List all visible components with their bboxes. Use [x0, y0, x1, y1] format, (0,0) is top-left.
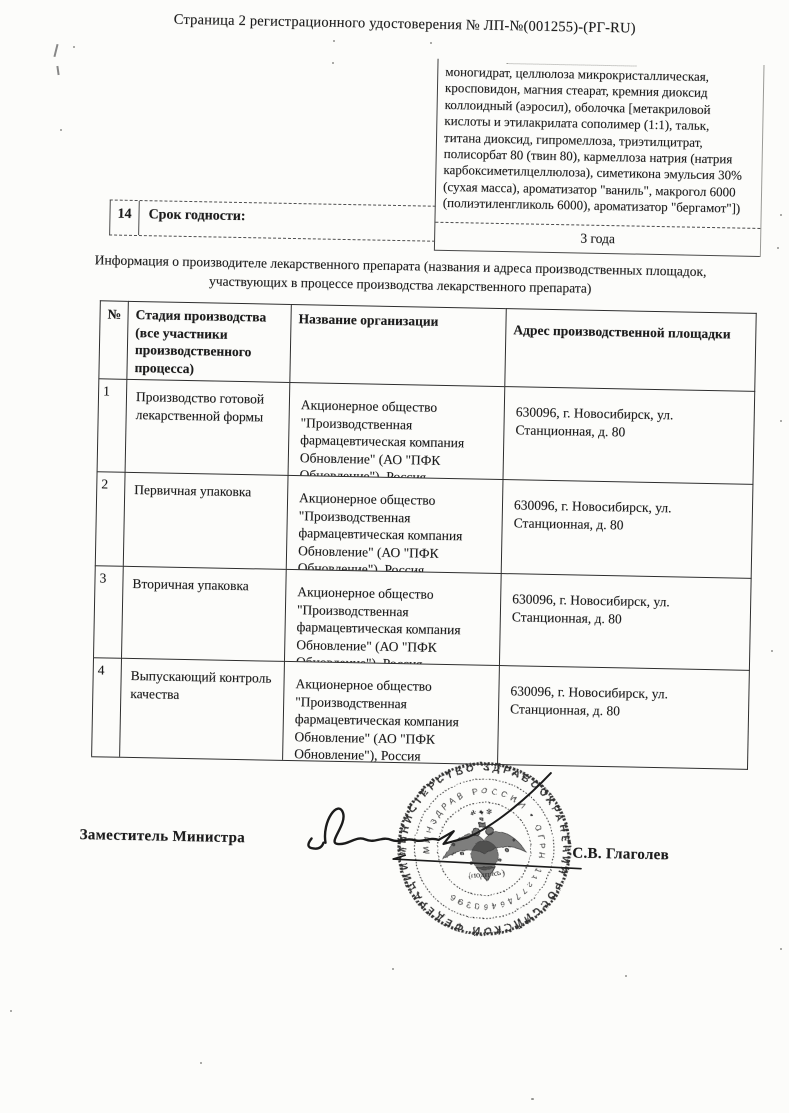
- continuation-table: моногидрат, целлюлоза микрокристаллическ…: [109, 52, 765, 256]
- row-stage: Выпускающий контроль качества: [119, 658, 284, 760]
- manufacturer-table: № Стадия производства (все участники про…: [91, 300, 757, 770]
- scan-speck: [392, 968, 394, 970]
- scan-speck: [333, 40, 335, 42]
- scan-speck: [445, 140, 447, 143]
- row-number: 14: [110, 200, 140, 235]
- row-org: Акционерное общество "Производственная ф…: [288, 382, 505, 479]
- signature: [297, 750, 599, 886]
- row-stage: Вторичная упаковка: [121, 566, 286, 661]
- scan-speck: [73, 46, 75, 48]
- row-num: 4: [91, 657, 121, 757]
- scan-speck: [10, 1010, 12, 1012]
- row-address: 630096, г. Новосибирск, ул. Станционная,…: [503, 386, 756, 484]
- col-header-address: Адрес производственной площадки: [504, 308, 756, 391]
- composition-cell: моногидрат, целлюлоза микрокристаллическ…: [434, 59, 765, 257]
- row-stage: Первичная упаковка: [123, 472, 288, 569]
- col-header-stage: Стадия производства (все участники произ…: [126, 301, 290, 382]
- manufacturer-info-intro: Информация о производителе лекарственног…: [45, 249, 756, 301]
- shelf-life-label: Срок годности:: [139, 201, 254, 237]
- scan-speck: [531, 1098, 534, 1100]
- scan-speck: [780, 420, 782, 422]
- row-org: Акционерное общество "Производственная ф…: [282, 661, 499, 764]
- scan-speck: [777, 247, 779, 249]
- row-address: 630096, г. Новосибирск, ул. Станционная,…: [499, 573, 752, 670]
- col-header-num: №: [98, 300, 127, 379]
- composition-text: моногидрат, целлюлоза микрокристаллическ…: [436, 59, 764, 218]
- page-header: Страница 2 регистрационного удостоверени…: [10, 9, 789, 41]
- row-num: 2: [95, 471, 125, 566]
- scan-speck: [780, 214, 782, 216]
- scan-speck: [625, 975, 627, 977]
- signer-title: Заместитель Министра: [79, 827, 245, 847]
- row-num: 1: [97, 378, 127, 472]
- signature-ink: [308, 768, 583, 868]
- row-org: Акционерное общество "Производственная ф…: [286, 475, 503, 573]
- scanned-page: Страница 2 регистрационного удостоверени…: [0, 0, 789, 1113]
- row-stage: Производство готовой лекарственной формы: [125, 379, 290, 475]
- col-header-org: Название организации: [289, 304, 505, 386]
- scan-speck: [200, 1062, 202, 1064]
- shelf-life-value: 3 года: [435, 222, 760, 257]
- shelf-life-row: 14 Срок годности:: [109, 199, 436, 241]
- row-num: 3: [93, 565, 123, 658]
- scan-speck: [332, 62, 334, 64]
- row-address: 630096, г. Новосибирск, ул. Станционная,…: [501, 479, 754, 578]
- scan-speck: [60, 129, 62, 131]
- scan-speck: [430, 42, 432, 44]
- row-org: Акционерное общество "Производственная ф…: [284, 569, 501, 665]
- scan-speck: [780, 948, 782, 950]
- scan-speck: [771, 650, 773, 652]
